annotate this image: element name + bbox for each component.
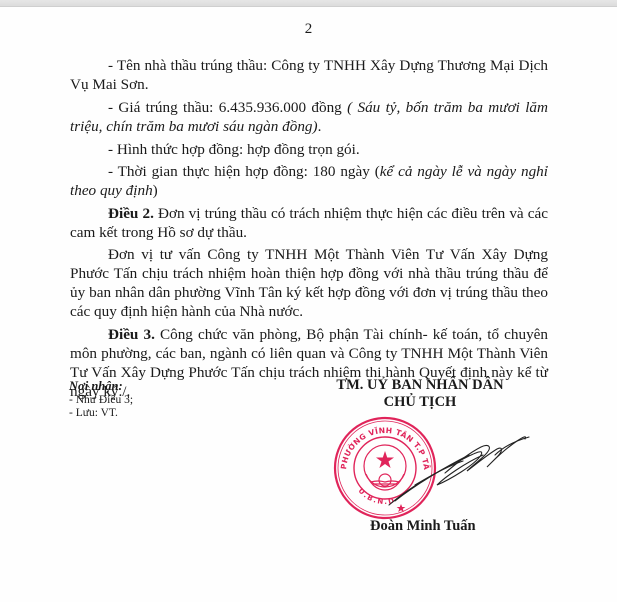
duration-label: - Thời gian thực hiện hợp đồng: 180 ngày…	[108, 163, 380, 180]
consultant-paragraph: Đơn vị tư vấn Công ty TNHH Một Thành Viê…	[70, 245, 548, 321]
viewer-top-bar	[0, 0, 617, 7]
signature-heading: TM. UỶ BAN NHÂN DÂN CHỦ TỊCH	[320, 377, 520, 411]
duration-item: - Thời gian thực hiện hợp đồng: 180 ngày…	[70, 162, 548, 200]
recipient-item: - Lưu: VT.	[69, 407, 133, 420]
price-item: - Giá trúng thầu: 6.435.936.000 đồng ( S…	[70, 98, 548, 136]
article-2: Điều 2. Đơn vị trúng thầu có trách nhiệm…	[70, 204, 548, 242]
signature-title: TM. UỶ BAN NHÂN DÂN	[320, 377, 520, 394]
contractor-item: - Tên nhà thầu trúng thầu: Công ty TNHH …	[70, 56, 548, 94]
handwritten-signature-icon	[385, 425, 530, 510]
contractor-label: - Tên nhà thầu trúng thầu:	[108, 57, 271, 74]
price-label: - Giá trúng thầu:	[108, 99, 219, 116]
duration-suffix: )	[153, 182, 158, 199]
recipient-item: - Như Điều 3;	[69, 394, 133, 407]
article-2-label: Điều 2.	[108, 205, 154, 222]
recipients-title: Nơi nhận:	[69, 380, 133, 393]
contract-form-item: - Hình thức hợp đồng: hợp đồng trọn gói.	[70, 140, 548, 159]
signer-name: Đoàn Minh Tuấn	[370, 518, 480, 535]
document-body: - Tên nhà thầu trúng thầu: Công ty TNHH …	[70, 56, 548, 401]
recipients-block: Nơi nhận: - Như Điều 3; - Lưu: VT.	[69, 380, 133, 420]
article-3-label: Điều 3.	[108, 326, 155, 343]
price-suffix: .	[318, 118, 322, 135]
price-value: 6.435.936.000 đồng	[219, 99, 347, 116]
page-number: 2	[0, 21, 617, 38]
signature-position: CHỦ TỊCH	[320, 394, 520, 411]
